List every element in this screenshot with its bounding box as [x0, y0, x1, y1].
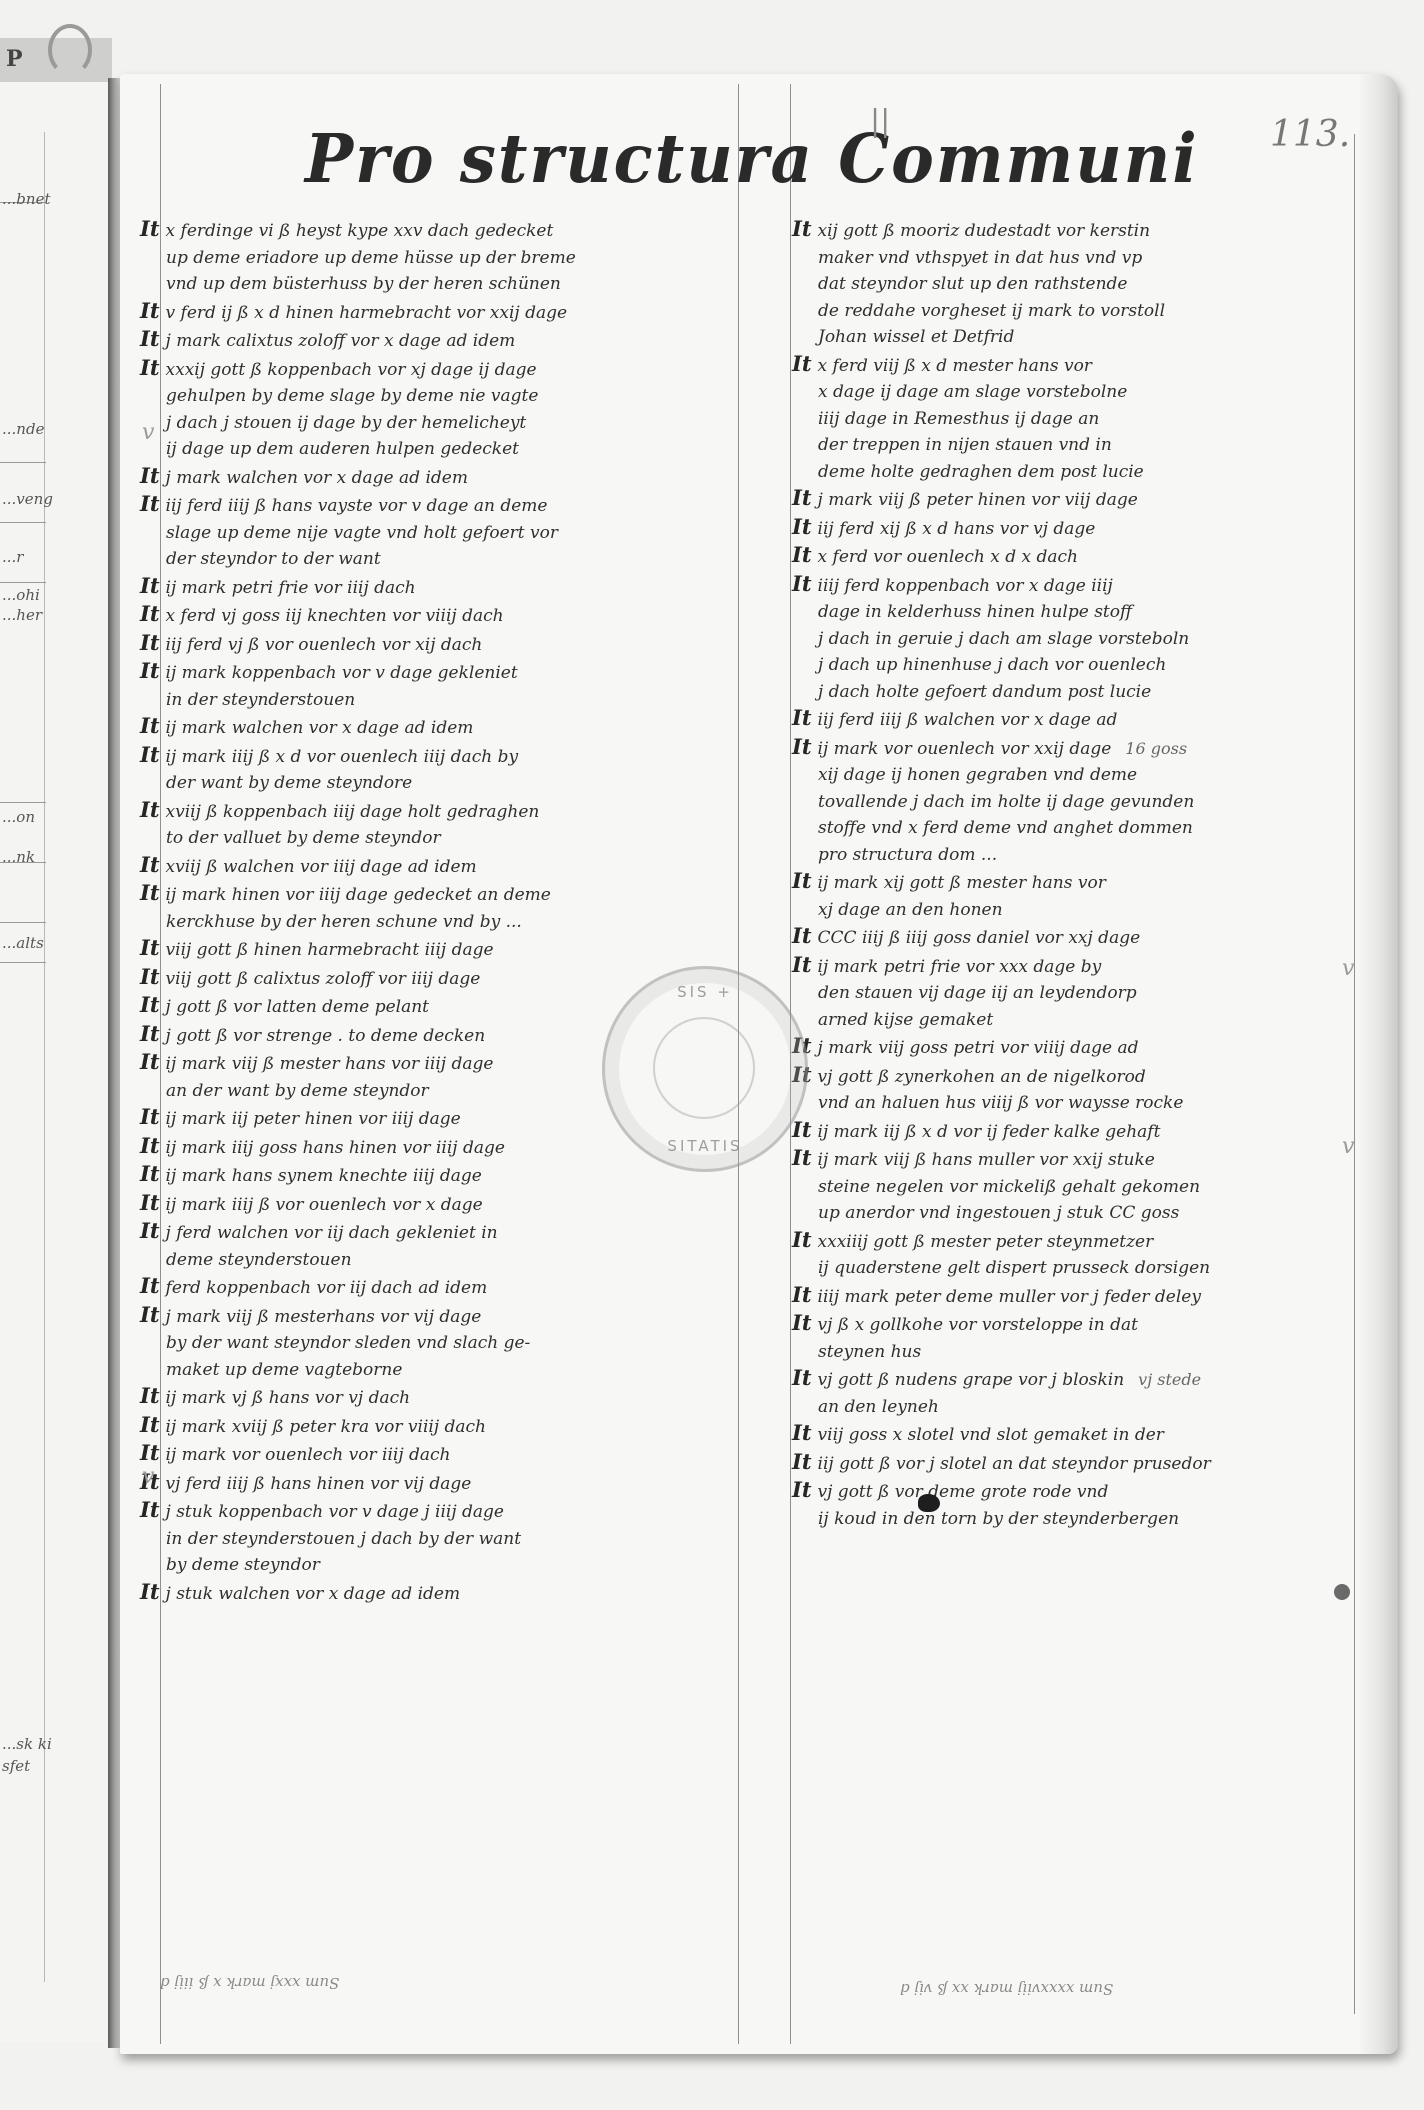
item-mark: It	[140, 713, 160, 738]
item-mark: It	[792, 705, 812, 730]
item-mark: It	[792, 952, 812, 977]
item-mark: It	[140, 797, 160, 822]
entry-text: xxxiiij gott ß mester peter steynmetzer	[818, 1232, 1154, 1252]
item-mark: It	[792, 868, 812, 893]
entry-continuation: stoffe vnd x ferd deme vnd anghet dommen	[792, 815, 1362, 842]
entry-continuation: by deme steyndor	[140, 1552, 740, 1579]
account-entry: Itij mark hans synem knechte iiij dage	[140, 1161, 740, 1190]
item-mark: It	[792, 1477, 812, 1502]
entry-text: ij mark vor ouenlech vor xxij dage	[818, 739, 1112, 759]
account-entry: Itj mark calixtus zoloff vor x dage ad i…	[140, 326, 740, 355]
folio-mark: ||	[870, 104, 890, 139]
account-entry: Itij mark vor ouenlech vor iiij dach	[140, 1440, 740, 1469]
entry-text: x ferd vor ouenlech x d x dach	[818, 547, 1078, 567]
entry-text: ij mark viij ß mester hans vor iiij dage	[166, 1054, 494, 1074]
account-entry: Itvj gott ß vor deme grote rode vndij ko…	[792, 1477, 1362, 1532]
account-entry: ItCCC iiij ß iiij goss daniel vor xxj da…	[792, 923, 1362, 952]
account-entry: Itiiij ferd koppenbach vor x dage iiijda…	[792, 571, 1362, 706]
account-entry: Itviij gott ß hinen harmebracht iiij dag…	[140, 935, 740, 964]
tab-label: P	[6, 46, 23, 72]
account-entry: Itij mark koppenbach vor v dage geklenie…	[140, 658, 740, 713]
entry-continuation: an den leyneh	[792, 1394, 1362, 1421]
item-mark: It	[792, 1227, 812, 1252]
entry-text: ij mark iiij ß vor ouenlech vor x dage	[166, 1195, 483, 1215]
item-mark: It	[140, 1273, 160, 1298]
item-mark: It	[140, 1440, 160, 1465]
entry-text: viij goss x slotel vnd slot gemaket in d…	[818, 1425, 1164, 1445]
entry-text: j stuk koppenbach vor v dage j iiij dage	[166, 1502, 504, 1522]
entry-text: viij gott ß hinen harmebracht iiij dage	[166, 940, 494, 960]
entry-continuation: pro structura dom ...	[792, 842, 1362, 869]
entry-text: xviij ß walchen vor iiij dage ad idem	[166, 857, 477, 877]
entry-continuation: j dach in geruie j dach am slage vorsteb…	[792, 626, 1362, 653]
ruling-line	[0, 582, 46, 583]
account-entry: Itj mark viij goss petri vor viiij dage …	[792, 1033, 1362, 1062]
account-entry: Itiij ferd xij ß x d hans vor vj dage	[792, 514, 1362, 543]
account-entry: Itferd koppenbach vor iij dach ad idem	[140, 1273, 740, 1302]
check-mark: v	[1342, 956, 1354, 981]
item-mark: It	[792, 1420, 812, 1445]
entry-text: x ferd viij ß x d mester hans vor	[818, 356, 1092, 376]
entry-continuation: arned kijse gemaket	[792, 1007, 1362, 1034]
item-mark: It	[140, 742, 160, 767]
entry-text: vj gott ß zynerkohen an de nigelkorod	[818, 1067, 1146, 1087]
entry-text: ij mark iiij goss hans hinen vor iiij da…	[166, 1138, 505, 1158]
entry-continuation: steine negelen vor mickeliß gehalt gekom…	[792, 1174, 1362, 1201]
left-column-entries: Itx ferdinge vi ß heyst kype xxv dach ge…	[140, 216, 740, 1607]
entry-continuation: up deme eriadore up deme hüsse up der br…	[140, 245, 740, 272]
account-entry: Itij mark walchen vor x dage ad idem	[140, 713, 740, 742]
account-entry: Itx ferd viij ß x d mester hans vorx dag…	[792, 351, 1362, 486]
entry-text: CCC iiij ß iiij goss daniel vor xxj dage	[818, 928, 1141, 948]
account-entry: Itiij ferd iiij ß hans vayste vor v dage…	[140, 491, 740, 573]
account-entry: Itiij gott ß vor j slotel an dat steyndo…	[792, 1449, 1362, 1478]
ruling-line	[0, 922, 46, 923]
entry-continuation: ij koud in den torn by der steynderberge…	[792, 1506, 1362, 1533]
entry-continuation: vnd an haluen hus viiij ß vor waysse roc…	[792, 1090, 1362, 1117]
item-mark: It	[140, 1021, 160, 1046]
account-entry: Itj mark walchen vor x dage ad idem	[140, 463, 740, 492]
entry-text: ij mark iij peter hinen vor iiij dage	[166, 1109, 461, 1129]
item-mark: It	[140, 630, 160, 655]
account-entry: Itxxxij gott ß koppenbach vor xj dage ij…	[140, 355, 740, 463]
account-entry: Itj stuk walchen vor x dage ad idem	[140, 1579, 740, 1608]
item-mark: It	[792, 216, 812, 241]
left-leaf-note: sfet	[2, 1757, 30, 1775]
item-mark: It	[140, 880, 160, 905]
item-mark: It	[140, 658, 160, 683]
account-entry: Itj mark viij ß peter hinen vor viij dag…	[792, 485, 1362, 514]
entry-text: x ferdinge vi ß heyst kype xxv dach gede…	[166, 221, 554, 241]
left-leaf-note: ...nde	[2, 420, 44, 438]
entry-continuation: dat steyndor slut up den rathstende	[792, 271, 1362, 298]
entry-continuation: Johan wissel et Detfrid	[792, 324, 1362, 351]
ruling-line	[0, 802, 46, 803]
entry-text: ferd koppenbach vor iij dach ad idem	[166, 1278, 488, 1298]
entry-continuation: de reddahe vorgheset ij mark to vorstoll	[792, 298, 1362, 325]
account-entry: Itx ferd vor ouenlech x d x dach	[792, 542, 1362, 571]
seal-text-bottom: SITATIS	[605, 1137, 805, 1155]
entry-text: ij mark walchen vor x dage ad idem	[166, 718, 474, 738]
check-mark: v	[142, 1464, 154, 1489]
ink-blot	[918, 1494, 940, 1512]
account-entry: Itij mark iiij ß vor ouenlech vor x dage	[140, 1190, 740, 1219]
item-mark: It	[792, 485, 812, 510]
entry-text: xviij ß koppenbach iiij dage holt gedrag…	[166, 802, 540, 822]
account-entry: Itij mark vj ß hans vor vj dach	[140, 1383, 740, 1412]
entry-continuation: den stauen vij dage iij an leydendorp	[792, 980, 1362, 1007]
entry-text: iij ferd iiij ß hans vayste vor v dage a…	[166, 496, 548, 516]
item-mark: It	[140, 992, 160, 1017]
entry-continuation: ij quaderstene gelt dispert prusseck dor…	[792, 1255, 1362, 1282]
entry-continuation: iiij dage in Remesthus ij dage an	[792, 406, 1362, 433]
entry-continuation: gehulpen by deme slage by deme nie vagte	[140, 383, 740, 410]
item-mark: It	[140, 964, 160, 989]
item-mark: It	[792, 1365, 812, 1390]
right-column-entries: Itxij gott ß mooriz dudestadt vor kersti…	[792, 216, 1362, 1532]
account-entry: Itj mark viij ß mesterhans vor vij dageb…	[140, 1302, 740, 1384]
entry-continuation: steynen hus	[792, 1339, 1362, 1366]
item-mark: It	[140, 1190, 160, 1215]
check-mark: v	[1342, 1134, 1354, 1159]
account-entry: Itij mark petri frie vor xxx dage byden …	[792, 952, 1362, 1034]
entry-continuation: j dach j stouen ij dage by der hemeliche…	[140, 410, 740, 437]
entry-text: ij mark hans synem knechte iiij dage	[166, 1166, 482, 1186]
entry-text: xij gott ß mooriz dudestadt vor kerstin	[818, 221, 1151, 241]
entry-continuation: by der want steyndor sleden vnd slach ge…	[140, 1330, 740, 1357]
entry-continuation: deme holte gedraghen dem post lucie	[792, 459, 1362, 486]
account-entry: Itv ferd ij ß x d hinen harmebracht vor …	[140, 298, 740, 327]
entry-continuation: j dach up hinenhuse j dach vor ouenlech	[792, 652, 1362, 679]
page-edge	[1358, 74, 1398, 2054]
item-mark: It	[140, 1133, 160, 1158]
item-mark: It	[140, 1049, 160, 1074]
entry-continuation: to der valluet by deme steyndor	[140, 825, 740, 852]
item-mark: It	[140, 935, 160, 960]
left-leaf-note: ...ohi	[2, 586, 40, 604]
ink-spot	[1334, 1584, 1350, 1600]
entry-continuation: in der steynderstouen j dach by der want	[140, 1526, 740, 1553]
item-mark: It	[140, 326, 160, 351]
entry-continuation: x dage ij dage am slage vorstebolne	[792, 379, 1362, 406]
entry-text: j mark viij ß peter hinen vor viij dage	[818, 490, 1138, 510]
entry-text: j mark viij ß mesterhans vor vij dage	[166, 1307, 482, 1327]
account-entry: Itij mark viij ß hans muller vor xxij st…	[792, 1145, 1362, 1227]
entry-continuation: der steyndor to der want	[140, 546, 740, 573]
account-entry: Itvj ferd iiij ß hans hinen vor vij dage	[140, 1469, 740, 1498]
seal-text-top: SIS +	[605, 983, 805, 1001]
account-entry: Itj ferd walchen vor iij dach gekleniet …	[140, 1218, 740, 1273]
entry-text: xxxij gott ß koppenbach vor xj dage ij d…	[166, 360, 537, 380]
left-leaf-note: ...nk	[2, 848, 35, 866]
entry-text: ij mark xij gott ß mester hans vor	[818, 873, 1106, 893]
item-mark: It	[792, 514, 812, 539]
footer-total-right: Sum xxxxviij mark xx ß vij d	[900, 1980, 1113, 1998]
item-mark: It	[140, 1104, 160, 1129]
item-mark: It	[140, 1579, 160, 1604]
item-mark: It	[140, 463, 160, 488]
entry-text: ij mark iiij ß x d vor ouenlech iiij dac…	[166, 747, 519, 767]
item-mark: It	[792, 571, 812, 596]
item-mark: It	[140, 1412, 160, 1437]
entry-text: iiij ferd koppenbach vor x dage iiij	[818, 576, 1113, 596]
entry-continuation: maket up deme vagteborne	[140, 1357, 740, 1384]
account-entry: Itvj gott ß nudens grape vor j bloskinvj…	[792, 1365, 1362, 1420]
item-mark: It	[792, 1310, 812, 1335]
item-mark: It	[792, 351, 812, 376]
item-mark: It	[140, 573, 160, 598]
entry-text: j mark walchen vor x dage ad idem	[166, 468, 468, 488]
entry-text: iij gott ß vor j slotel an dat steyndor …	[818, 1454, 1211, 1474]
account-entry: Itx ferd vj goss iij knechten vor viiij …	[140, 601, 740, 630]
entry-text: j ferd walchen vor iij dach gekleniet in	[166, 1223, 498, 1243]
account-entry: Itiiij mark peter deme muller vor j fede…	[792, 1282, 1362, 1311]
left-leaf-note: ...bnet	[2, 190, 50, 208]
entry-text: vj gott ß vor deme grote rode vnd	[818, 1482, 1109, 1502]
left-leaf-note: ...her	[2, 606, 42, 624]
entry-text: ij mark xviij ß peter kra vor viiij dach	[166, 1417, 486, 1437]
entry-text: vj gott ß nudens grape vor j bloskin	[818, 1370, 1125, 1390]
item-mark: It	[140, 1161, 160, 1186]
entry-text: j gott ß vor latten deme pelant	[166, 997, 429, 1017]
item-mark: It	[140, 601, 160, 626]
item-mark: It	[792, 542, 812, 567]
ruling-line	[44, 132, 45, 1982]
entry-continuation: j dach holte gefoert dandum post lucie	[792, 679, 1362, 706]
item-mark: It	[140, 216, 160, 241]
entry-text: viij gott ß calixtus zoloff vor iiij dag…	[166, 969, 481, 989]
left-leaf-note: ...on	[2, 808, 35, 826]
account-entry: Itij mark iij ß x d vor ij feder kalke g…	[792, 1117, 1362, 1146]
account-entry: Itij mark petri frie vor iiij dach	[140, 573, 740, 602]
entry-continuation: maker vnd vthspyet in dat hus vnd vp	[792, 245, 1362, 272]
entry-text: ij mark hinen vor iiij dage gedecket an …	[166, 885, 551, 905]
left-leaf-note: ...alts	[2, 934, 44, 952]
seal-emblem	[653, 1017, 755, 1119]
entry-continuation: dage in kelderhuss hinen hulpe stoff	[792, 599, 1362, 626]
account-entry: Itj stuk koppenbach vor v dage j iiij da…	[140, 1497, 740, 1579]
entry-text: iij ferd xij ß x d hans vor vj dage	[818, 519, 1096, 539]
account-entry: Itij mark iiij ß x d vor ouenlech iiij d…	[140, 742, 740, 797]
binding-string	[48, 24, 92, 76]
account-entry: Itxxxiiij gott ß mester peter steynmetze…	[792, 1227, 1362, 1282]
page-title: Pro structura Communi	[305, 120, 1199, 199]
item-mark: It	[140, 852, 160, 877]
account-entry: Itiij ferd vj ß vor ouenlech vor xij dac…	[140, 630, 740, 659]
entry-text: j mark calixtus zoloff vor x dage ad ide…	[166, 331, 516, 351]
item-mark: It	[792, 1282, 812, 1307]
ruling-line	[0, 462, 46, 463]
entry-text: x ferd vj goss iij knechten vor viiij da…	[166, 606, 504, 626]
entry-text: iij ferd iiij ß walchen vor x dage ad	[818, 710, 1118, 730]
account-entry: Itij mark hinen vor iiij dage gedecket a…	[140, 880, 740, 935]
item-mark: It	[140, 1497, 160, 1522]
entry-text: j mark viij goss petri vor viiij dage ad	[818, 1038, 1139, 1058]
ruling-line	[0, 522, 46, 523]
item-mark: It	[140, 298, 160, 323]
entry-continuation: vnd up dem büsterhuss by der heren schün…	[140, 271, 740, 298]
entry-text: j stuk walchen vor x dage ad idem	[166, 1584, 461, 1604]
entry-continuation: xij dage ij honen gegraben vnd deme	[792, 762, 1362, 789]
left-leaf-note: ...r	[2, 548, 23, 566]
entry-continuation: up anerdor vnd ingestouen j stuk CC goss	[792, 1200, 1362, 1227]
item-mark: It	[140, 1218, 160, 1243]
entry-continuation: tovallende j dach im holte ij dage gevun…	[792, 789, 1362, 816]
account-entry: Itij mark vor ouenlech vor xxij dage16 g…	[792, 734, 1362, 869]
entry-text: v ferd ij ß x d hinen harmebracht vor xx…	[166, 303, 568, 323]
entry-continuation: slage up deme nije vagte vnd holt gefoer…	[140, 520, 740, 547]
item-mark: It	[792, 923, 812, 948]
entry-text: iiij mark peter deme muller vor j feder …	[818, 1287, 1201, 1307]
item-mark: It	[792, 1449, 812, 1474]
ruling-line	[0, 962, 46, 963]
item-mark: It	[140, 355, 160, 380]
account-entry: Itiij ferd iiij ß walchen vor x dage ad	[792, 705, 1362, 734]
footer-total-left: Sum xxxj mark x ß iiij d	[160, 1974, 339, 1992]
folio-number: 113.	[1270, 114, 1350, 155]
entry-continuation: in der steynderstouen	[140, 687, 740, 714]
entry-text: j gott ß vor strenge . to deme decken	[166, 1026, 486, 1046]
account-entry: Itx ferdinge vi ß heyst kype xxv dach ge…	[140, 216, 740, 298]
margin-note: vj stede	[1138, 1370, 1201, 1389]
account-entry: Itij mark xij gott ß mester hans vorxj d…	[792, 868, 1362, 923]
item-mark: It	[140, 491, 160, 516]
account-entry: Itvj gott ß zynerkohen an de nigelkorodv…	[792, 1062, 1362, 1117]
entry-text: ij mark viij ß hans muller vor xxij stuk…	[818, 1150, 1155, 1170]
entry-text: vj ferd iiij ß hans hinen vor vij dage	[166, 1474, 472, 1494]
item-mark: It	[792, 734, 812, 759]
entry-text: ij mark petri frie vor xxx dage by	[818, 957, 1102, 977]
entry-text: ij mark vor ouenlech vor iiij dach	[166, 1445, 451, 1465]
entry-text: ij mark koppenbach vor v dage gekleniet	[166, 663, 518, 683]
entry-text: vj ß x gollkohe vor vorsteloppe in dat	[818, 1315, 1138, 1335]
previous-leaf: ...bnet...nde...veng...r...ohi...her...o…	[0, 82, 109, 2042]
entry-continuation: der treppen in nijen stauen vnd in	[792, 432, 1362, 459]
item-mark: It	[140, 1302, 160, 1327]
check-mark: v	[142, 420, 154, 445]
entry-text: iij ferd vj ß vor ouenlech vor xij dach	[166, 635, 483, 655]
entry-continuation: kerckhuse by der heren schune vnd by ...	[140, 909, 740, 936]
entry-text: ij mark petri frie vor iiij dach	[166, 578, 416, 598]
entry-text: ij mark vj ß hans vor vj dach	[166, 1388, 411, 1408]
item-mark: It	[140, 1383, 160, 1408]
entry-text: ij mark iij ß x d vor ij feder kalke geh…	[818, 1122, 1161, 1142]
entry-continuation: der want by deme steyndore	[140, 770, 740, 797]
entry-continuation: ij dage up dem auderen hulpen gedecket	[140, 436, 740, 463]
account-entry: Itxviij ß walchen vor iiij dage ad idem	[140, 852, 740, 881]
margin-note: 16 goss	[1125, 739, 1187, 758]
account-entry: Itvj ß x gollkohe vor vorsteloppe in dat…	[792, 1310, 1362, 1365]
library-seal-stamp: SIS + SITATIS	[602, 966, 808, 1172]
account-entry: Itviij goss x slotel vnd slot gemaket in…	[792, 1420, 1362, 1449]
entry-continuation: deme steynderstouen	[140, 1247, 740, 1274]
account-entry: Itxij gott ß mooriz dudestadt vor kersti…	[792, 216, 1362, 351]
account-entry: Itxviij ß koppenbach iiij dage holt gedr…	[140, 797, 740, 852]
entry-continuation: xj dage an den honen	[792, 897, 1362, 924]
left-leaf-note: ...veng	[2, 490, 53, 508]
account-entry: Itij mark xviij ß peter kra vor viiij da…	[140, 1412, 740, 1441]
left-leaf-note: ...sk ki	[2, 1735, 52, 1753]
